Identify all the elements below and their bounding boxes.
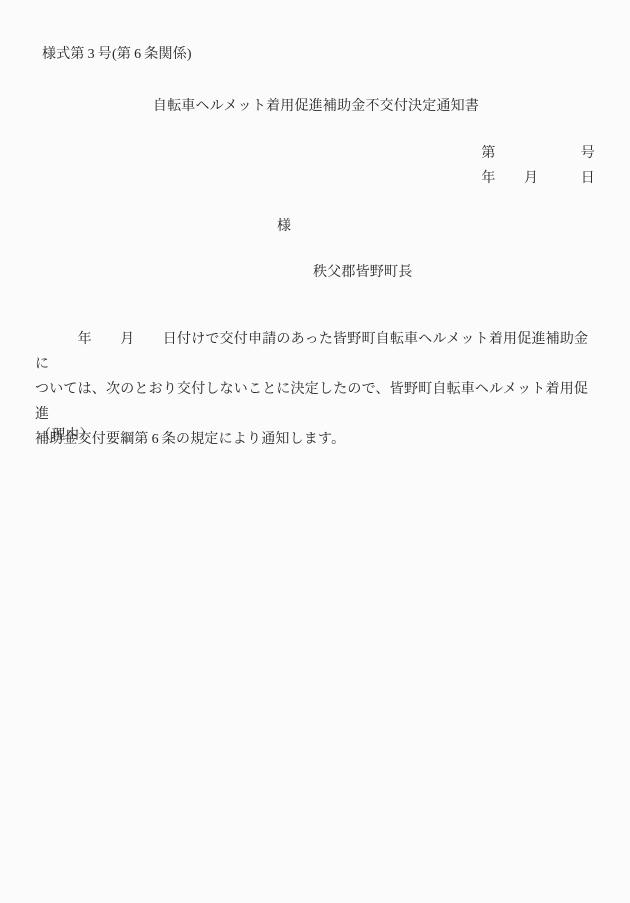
body-line-2: ついては、次のとおり交付しないことに決定したので、皆野町自転車ヘルメット着用促進 [35, 377, 597, 427]
document-title: 自転車ヘルメット着用促進補助金不交付決定通知書 [35, 100, 597, 114]
body-paragraph: 年 月 日付けで交付申請のあった皆野町自転車ヘルメット着用促進補助金に ついては… [35, 327, 597, 452]
body-line-3: 補助金交付要綱第 6 条の規定により通知します。 [35, 427, 597, 452]
reason-section-label: （理由） [37, 429, 94, 443]
document-number-blank-line: 第 号 [35, 147, 595, 161]
body-line-1: 年 月 日付けで交付申請のあった皆野町自転車ヘルメット着用促進補助金に [35, 327, 597, 377]
form-number-label: 様式第 3 号(第 6 条関係) [42, 48, 192, 62]
document-date-blank-line: 年 月 日 [35, 172, 595, 186]
notice-document-page: 様式第 3 号(第 6 条関係) 自転車ヘルメット着用促進補助金不交付決定通知書… [0, 0, 630, 903]
addressee-honorific: 様 [277, 220, 291, 234]
sender-title: 秩父郡皆野町長 [313, 266, 412, 280]
